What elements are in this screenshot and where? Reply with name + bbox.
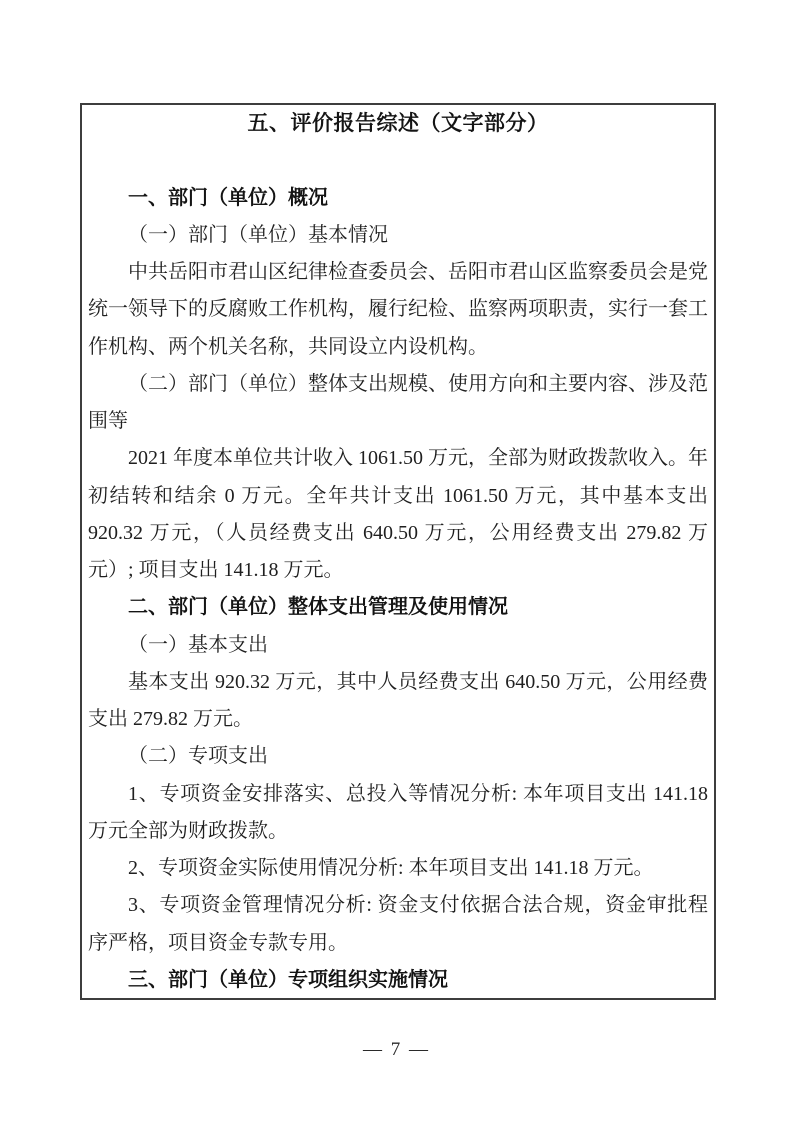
section-heading-3: 三、部门（单位）专项组织实施情况 bbox=[88, 962, 708, 999]
subsection-heading-2-1: （一）基本支出 bbox=[88, 627, 708, 664]
document-title: 五、评价报告综述（文字部分） bbox=[88, 105, 708, 142]
paragraph-special-funds-item-3: 3、专项资金管理情况分析: 资金支付依据合法合规，资金审批程序严格，项目资金专款… bbox=[88, 887, 708, 962]
paragraph-special-org-analysis: （一）专项组织情况分析: 严格遵循相关财经制度，严格资金审批程序， bbox=[88, 999, 708, 1000]
document-border-box: 五、评价报告综述（文字部分） 一、部门（单位）概况 （一）部门（单位）基本情况 … bbox=[80, 103, 716, 1000]
document-page: 五、评价报告综述（文字部分） 一、部门（单位）概况 （一）部门（单位）基本情况 … bbox=[0, 0, 793, 1122]
paragraph-income-expenditure: 2021 年度本单位共计收入 1061.50 万元，全部为财政拨款收入。年初结转… bbox=[88, 440, 708, 589]
section-heading-1: 一、部门（单位）概况 bbox=[88, 180, 708, 217]
section-heading-2: 二、部门（单位）整体支出管理及使用情况 bbox=[88, 589, 708, 626]
subsection-heading-1-2: （二）部门（单位）整体支出规模、使用方向和主要内容、涉及范围等 bbox=[88, 366, 708, 441]
paragraph-special-funds-item-2: 2、专项资金实际使用情况分析: 本年项目支出 141.18 万元。 bbox=[88, 850, 708, 887]
subsection-heading-1-1: （一）部门（单位）基本情况 bbox=[88, 217, 708, 254]
paragraph-basic-expenditure: 基本支出 920.32 万元，其中人员经费支出 640.50 万元，公用经费支出… bbox=[88, 664, 708, 739]
paragraph-special-funds-item-1: 1、专项资金安排落实、总投入等情况分析: 本年项目支出 141.18 万元全部为… bbox=[88, 776, 708, 851]
page-number: — 7 — bbox=[0, 1038, 793, 1062]
paragraph-org-overview: 中共岳阳市君山区纪律检查委员会、岳阳市君山区监察委员会是党统一领导下的反腐败工作… bbox=[88, 254, 708, 366]
subsection-heading-2-2: （二）专项支出 bbox=[88, 738, 708, 775]
